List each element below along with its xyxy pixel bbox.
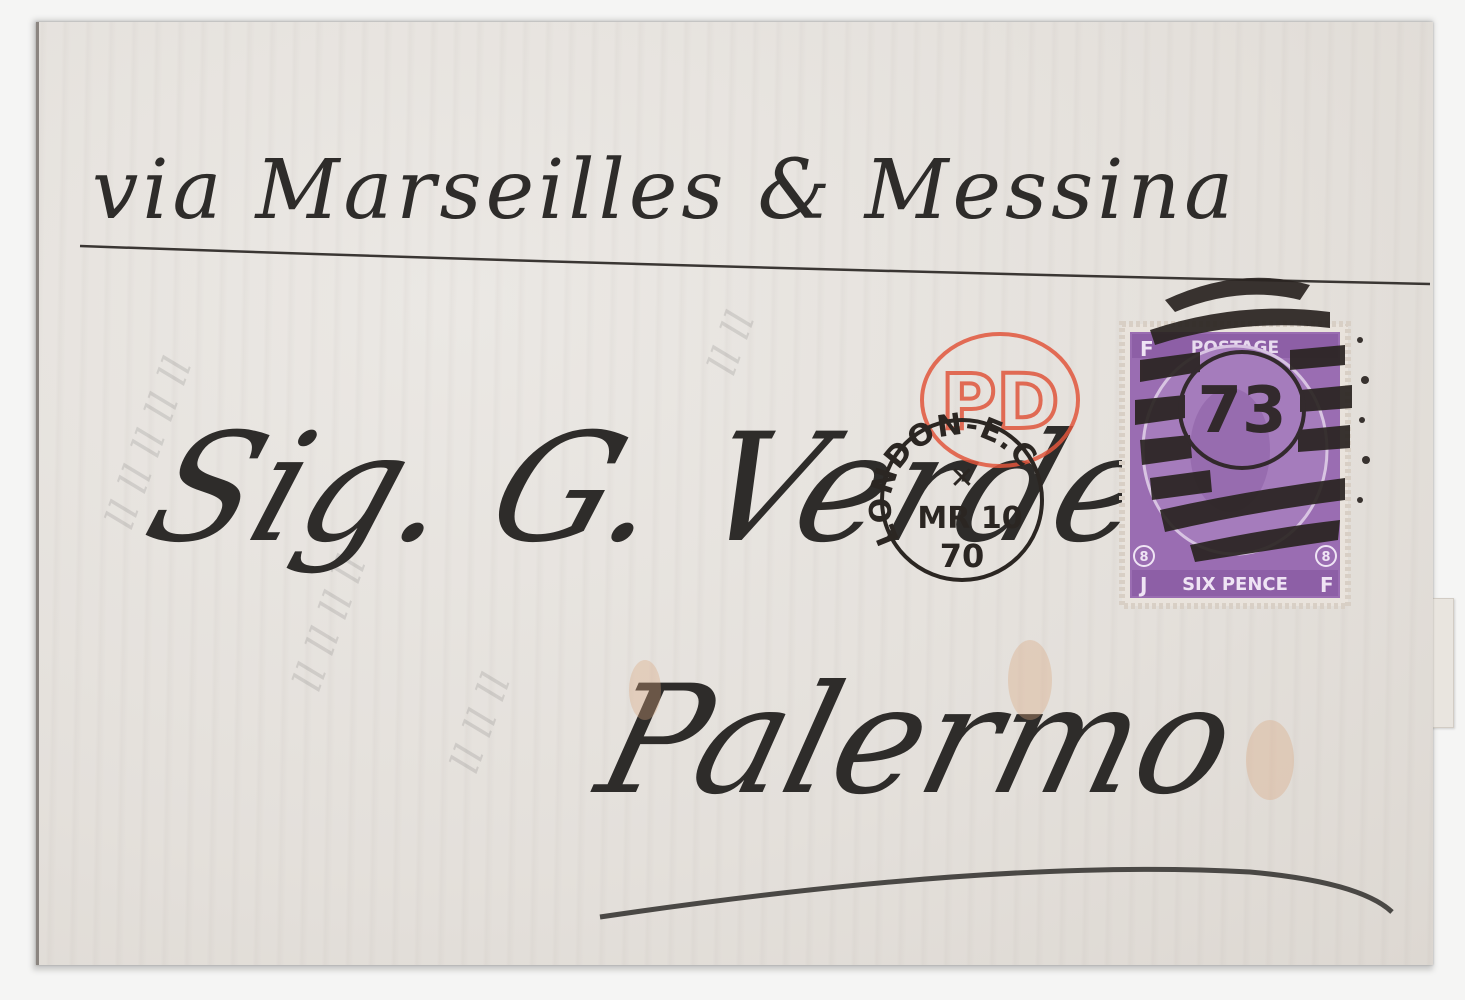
svg-text:F: F — [1320, 573, 1334, 597]
svg-text:F: F — [1140, 337, 1154, 361]
svg-text:Palermo: Palermo — [581, 653, 1252, 827]
svg-text:J: J — [1138, 573, 1147, 597]
city-underline-swash — [600, 869, 1392, 917]
letter-markings: via Marseilles & Messina Sig. G. Verde P… — [0, 0, 1465, 1000]
svg-text:MR 10: MR 10 — [917, 501, 1022, 536]
svg-text:SIX PENCE: SIX PENCE — [1182, 574, 1288, 595]
svg-text:8: 8 — [1321, 550, 1330, 565]
svg-text:70: 70 — [940, 537, 985, 575]
svg-text:via Marseilles & Messina: via Marseilles & Messina — [92, 143, 1237, 238]
routing-instruction: via Marseilles & Messina — [80, 143, 1430, 284]
underline-rule — [80, 246, 1430, 284]
svg-text:✕: ✕ — [949, 461, 974, 496]
svg-text:8: 8 — [1139, 550, 1148, 565]
svg-text:73: 73 — [1197, 374, 1286, 448]
